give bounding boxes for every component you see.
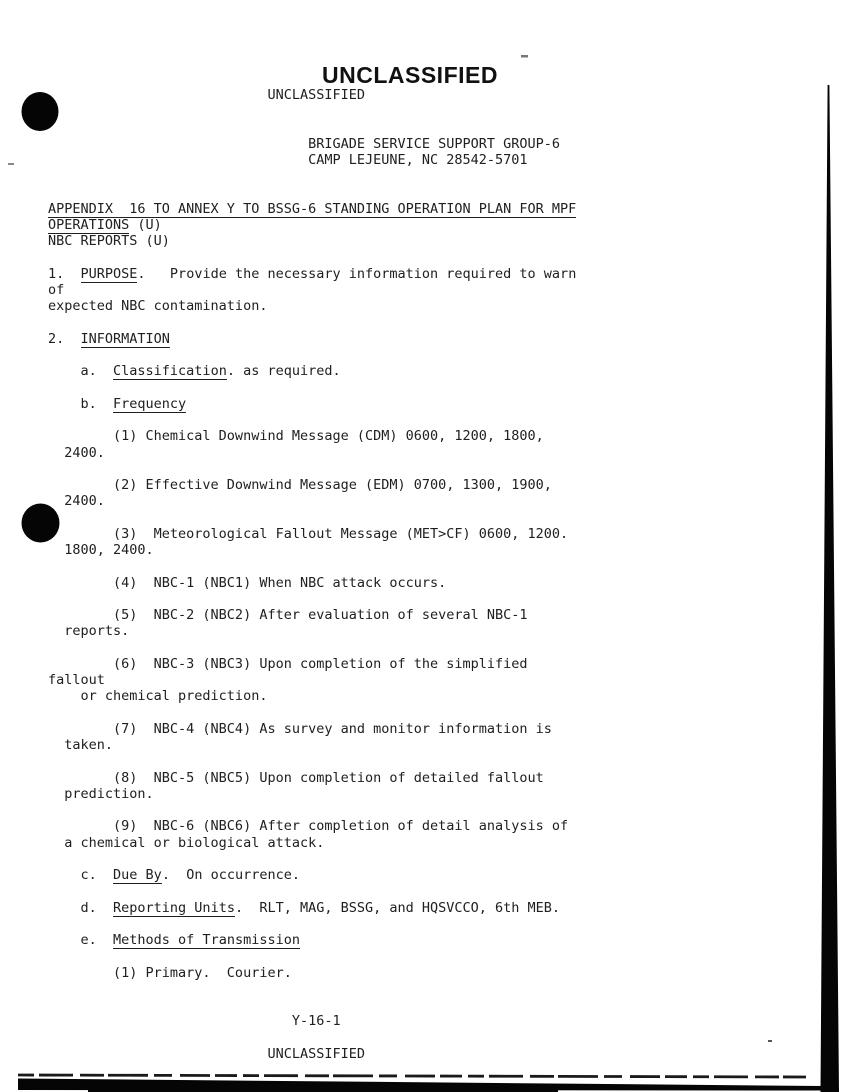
doc-line: BRIGADE SERVICE SUPPORT GROUP-6 — [48, 136, 576, 152]
doc-line: e. Methods of Transmission — [48, 932, 576, 948]
doc-line — [48, 591, 576, 607]
doc-line: a. Classification. as required. — [48, 363, 576, 379]
document-text: UNCLASSIFIED BRIGADE SERVICE SUPPORT GRO… — [48, 87, 576, 1062]
doc-line: 1. PURPOSE. Provide the necessary inform… — [48, 266, 576, 282]
doc-line: APPENDIX 16 TO ANNEX Y TO BSSG-6 STANDIN… — [48, 201, 576, 217]
scanned-document-page: UNCLASSIFIED UNCLASSIFIED BRIGADE SERVIC… — [0, 0, 850, 1092]
doc-line: a chemical or biological attack. — [48, 835, 576, 851]
doc-line: (5) NBC-2 (NBC2) After evaluation of sev… — [48, 607, 576, 623]
doc-line — [48, 168, 576, 184]
doc-line: (7) NBC-4 (NBC4) As survey and monitor i… — [48, 721, 576, 737]
doc-line — [48, 461, 576, 477]
doc-line — [48, 753, 576, 769]
doc-line — [48, 981, 576, 997]
doc-line — [48, 250, 576, 266]
doc-line: 1800, 2400. — [48, 542, 576, 558]
doc-line: (1) Primary. Courier. — [48, 965, 576, 981]
doc-line — [48, 185, 576, 201]
doc-line: of — [48, 282, 576, 298]
scan-edge-right-artifact — [821, 85, 840, 1092]
doc-line: fallout — [48, 672, 576, 688]
doc-line: (8) NBC-5 (NBC5) Upon completion of deta… — [48, 770, 576, 786]
doc-line — [48, 315, 576, 331]
doc-line — [48, 1030, 576, 1046]
doc-line: UNCLASSIFIED — [48, 1046, 576, 1062]
doc-line: (9) NBC-6 (NBC6) After completion of det… — [48, 818, 576, 834]
doc-line: reports. — [48, 623, 576, 639]
doc-line: expected NBC contamination. — [48, 298, 576, 314]
doc-line: taken. — [48, 737, 576, 753]
doc-line: prediction. — [48, 786, 576, 802]
doc-line — [48, 412, 576, 428]
scan-bottom-artifact — [18, 1075, 822, 1092]
doc-line: (4) NBC-1 (NBC1) When NBC attack occurs. — [48, 575, 576, 591]
doc-line — [48, 380, 576, 396]
classification-banner: UNCLASSIFIED — [0, 62, 820, 89]
doc-line: 2. INFORMATION — [48, 331, 576, 347]
doc-line — [48, 851, 576, 867]
doc-line — [48, 705, 576, 721]
doc-line: 2400. — [48, 493, 576, 509]
doc-line: 2400. — [48, 445, 576, 461]
doc-line — [48, 558, 576, 574]
doc-line — [48, 103, 576, 119]
doc-line: (1) Chemical Downwind Message (CDM) 0600… — [48, 428, 576, 444]
doc-line — [48, 997, 576, 1013]
doc-line: (2) Effective Downwind Message (EDM) 070… — [48, 477, 576, 493]
doc-line — [48, 802, 576, 818]
doc-line: (6) NBC-3 (NBC3) Upon completion of the … — [48, 656, 576, 672]
doc-line — [48, 640, 576, 656]
doc-line — [48, 347, 576, 363]
doc-line: UNCLASSIFIED — [48, 87, 576, 103]
doc-line — [48, 948, 576, 964]
doc-line: OPERATIONS (U) — [48, 217, 576, 233]
doc-line: d. Reporting Units. RLT, MAG, BSSG, and … — [48, 900, 576, 916]
doc-line: c. Due By. On occurrence. — [48, 867, 576, 883]
doc-line: CAMP LEJEUNE, NC 28542-5701 — [48, 152, 576, 168]
doc-line: Y-16-1 — [48, 1013, 576, 1029]
doc-line — [48, 120, 576, 136]
doc-line — [48, 916, 576, 932]
doc-line — [48, 510, 576, 526]
doc-line: or chemical prediction. — [48, 688, 576, 704]
doc-line — [48, 883, 576, 899]
doc-line: NBC REPORTS (U) — [48, 233, 576, 249]
doc-line: b. Frequency — [48, 396, 576, 412]
doc-line: (3) Meteorological Fallout Message (MET>… — [48, 526, 576, 542]
